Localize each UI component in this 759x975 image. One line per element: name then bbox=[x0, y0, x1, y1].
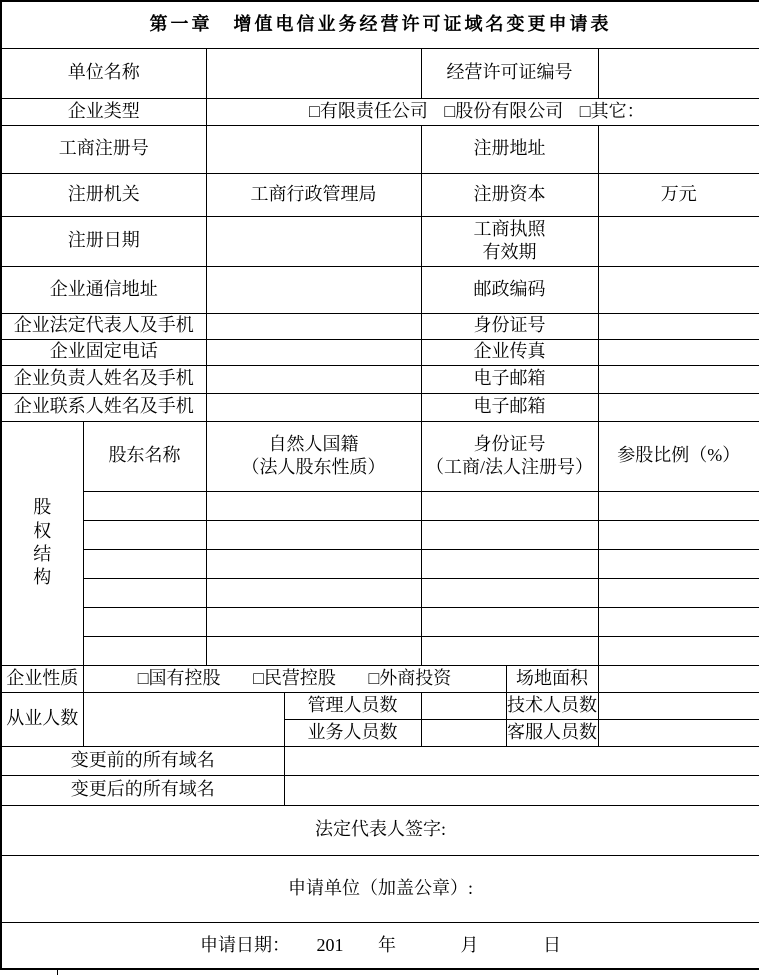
equity-row-5 bbox=[1, 607, 759, 636]
equity-row-5-name bbox=[83, 607, 206, 636]
equity-row-3-id bbox=[421, 549, 598, 578]
employee-count-value bbox=[83, 692, 284, 746]
reg-authority-value: 工商行政管理局 bbox=[206, 173, 421, 216]
application-form-table: 第一章 增值电信业务经营许可证域名变更申请表 单位名称 经营许可证编号 企业类型… bbox=[0, 0, 759, 970]
email-manager-value bbox=[598, 365, 759, 393]
id-no-label: 身份证号 bbox=[421, 313, 598, 339]
email-contact-label: 电子邮箱 bbox=[421, 393, 598, 421]
company-type-options: □有限责任公司 □股份有限公司 □其它： bbox=[206, 98, 759, 125]
tech-staff-value bbox=[598, 692, 759, 719]
company-type-label: 企业类型 bbox=[1, 98, 206, 125]
checkbox-joint-stock: □股份有限公司 bbox=[444, 101, 563, 121]
equity-row-3-ratio bbox=[598, 549, 759, 578]
shareholder-id-header: 身份证号 （工商/法人注册号） bbox=[421, 421, 598, 491]
equity-row-2-id bbox=[421, 520, 598, 549]
equity-row-3-name bbox=[83, 549, 206, 578]
domains-before-label: 变更前的所有域名 bbox=[1, 746, 284, 775]
legal-rep-value bbox=[206, 313, 421, 339]
domains-before-value bbox=[284, 746, 759, 775]
business-reg-row: 工商注册号 注册地址 bbox=[1, 125, 759, 173]
equity-row-6-ratio bbox=[598, 636, 759, 665]
email-manager-label: 电子邮箱 bbox=[421, 365, 598, 393]
legal-rep-signature-label: 法定代表人签字: bbox=[1, 805, 759, 855]
form-title: 第一章 增值电信业务经营许可证域名变更申请表 bbox=[1, 1, 759, 48]
equity-row-1 bbox=[1, 491, 759, 520]
reg-authority-row: 注册机关 工商行政管理局 注册资本 万元 bbox=[1, 173, 759, 216]
enterprise-nature-options: □国有控股 □民营控股 □外商投资 bbox=[83, 665, 506, 692]
legal-rep-row: 企业法定代表人及手机 身份证号 bbox=[1, 313, 759, 339]
fixed-phone-value bbox=[206, 339, 421, 365]
equity-row-6 bbox=[1, 636, 759, 665]
checkbox-other: □其它： bbox=[580, 101, 645, 121]
postal-code-value bbox=[598, 266, 759, 313]
reg-address-label: 注册地址 bbox=[421, 125, 598, 173]
equity-row-2 bbox=[1, 520, 759, 549]
reg-date-label: 注册日期 bbox=[1, 216, 206, 266]
biz-staff-label: 业务人员数 bbox=[284, 719, 421, 746]
unit-name-row: 单位名称 经营许可证编号 bbox=[1, 48, 759, 98]
fixed-phone-row: 企业固定电话 企业传真 bbox=[1, 339, 759, 365]
mgmt-staff-label: 管理人员数 bbox=[284, 692, 421, 719]
equity-row-4-nationality bbox=[206, 578, 421, 607]
reg-date-row: 注册日期 工商执照 有效期 bbox=[1, 216, 759, 266]
reg-capital-unit: 万元 bbox=[598, 173, 759, 216]
shareholder-nationality-header: 自然人国籍 （法人股东性质） bbox=[206, 421, 421, 491]
equity-row-2-nationality bbox=[206, 520, 421, 549]
year-label: 年 bbox=[378, 935, 396, 955]
license-validity-value bbox=[598, 216, 759, 266]
license-no-label: 经营许可证编号 bbox=[421, 48, 598, 98]
unit-name-label: 单位名称 bbox=[1, 48, 206, 98]
checkbox-foreign-invested: □外商投资 bbox=[368, 668, 451, 688]
reg-date-value bbox=[206, 216, 421, 266]
site-area-value bbox=[598, 665, 759, 692]
equity-row-3 bbox=[1, 549, 759, 578]
fax-label: 企业传真 bbox=[421, 339, 598, 365]
equity-row-1-nationality bbox=[206, 491, 421, 520]
equity-row-4-name bbox=[83, 578, 206, 607]
postal-code-label: 邮政编码 bbox=[421, 266, 598, 313]
reg-capital-label: 注册资本 bbox=[421, 173, 598, 216]
unit-name-value bbox=[206, 48, 421, 98]
equity-row-5-id bbox=[421, 607, 598, 636]
apply-date-line: 申请日期： 201 年 月 日 bbox=[1, 922, 759, 969]
next-row-partial-line bbox=[57, 969, 58, 975]
license-validity-label: 工商执照 有效期 bbox=[421, 216, 598, 266]
checkbox-limited-liability: □有限责任公司 bbox=[309, 101, 428, 121]
day-label: 日 bbox=[543, 935, 561, 955]
business-reg-no-label: 工商注册号 bbox=[1, 125, 206, 173]
staff-row-1: 从业人数 管理人员数 技术人员数 bbox=[1, 692, 759, 719]
equity-row-1-name bbox=[83, 491, 206, 520]
equity-row-2-ratio bbox=[598, 520, 759, 549]
equity-row-4-id bbox=[421, 578, 598, 607]
equity-row-1-ratio bbox=[598, 491, 759, 520]
equity-row-3-nationality bbox=[206, 549, 421, 578]
month-label: 月 bbox=[461, 935, 479, 955]
shareholder-name-header: 股东名称 bbox=[83, 421, 206, 491]
seal-row: 申请单位（加盖公章）: bbox=[1, 855, 759, 922]
enterprise-nature-label: 企业性质 bbox=[1, 665, 83, 692]
manager-value bbox=[206, 365, 421, 393]
equity-row-5-nationality bbox=[206, 607, 421, 636]
domains-after-row: 变更后的所有域名 bbox=[1, 775, 759, 805]
equity-structure-label: 股 权 结 构 bbox=[1, 421, 83, 665]
business-reg-no-value bbox=[206, 125, 421, 173]
equity-row-6-nationality bbox=[206, 636, 421, 665]
checkbox-state-owned: □国有控股 bbox=[138, 668, 221, 688]
equity-row-4-ratio bbox=[598, 578, 759, 607]
equity-row-6-name bbox=[83, 636, 206, 665]
license-no-value bbox=[598, 48, 759, 98]
mgmt-staff-value bbox=[421, 692, 506, 719]
manager-row: 企业负责人姓名及手机 电子邮箱 bbox=[1, 365, 759, 393]
equity-row-2-name bbox=[83, 520, 206, 549]
domains-before-row: 变更前的所有域名 bbox=[1, 746, 759, 775]
biz-staff-value bbox=[421, 719, 506, 746]
contact-row: 企业联系人姓名及手机 电子邮箱 bbox=[1, 393, 759, 421]
employee-count-label: 从业人数 bbox=[1, 692, 83, 746]
reg-address-value bbox=[598, 125, 759, 173]
email-contact-value bbox=[598, 393, 759, 421]
fixed-phone-label: 企业固定电话 bbox=[1, 339, 206, 365]
reg-authority-label: 注册机关 bbox=[1, 173, 206, 216]
share-ratio-header: 参股比例（%） bbox=[598, 421, 759, 491]
apply-date-label: 申请日期： bbox=[200, 935, 290, 955]
fax-value bbox=[598, 339, 759, 365]
title-row: 第一章 增值电信业务经营许可证域名变更申请表 bbox=[1, 1, 759, 48]
id-no-value bbox=[598, 313, 759, 339]
service-staff-value bbox=[598, 719, 759, 746]
site-area-label: 场地面积 bbox=[506, 665, 598, 692]
domains-after-label: 变更后的所有域名 bbox=[1, 775, 284, 805]
equity-header-row: 股 权 结 构 股东名称 自然人国籍 （法人股东性质） 身份证号 （工商/法人注… bbox=[1, 421, 759, 491]
equity-row-5-ratio bbox=[598, 607, 759, 636]
apply-date-row: 申请日期： 201 年 月 日 bbox=[1, 922, 759, 969]
apply-date-year-prefix: 201 bbox=[317, 935, 344, 955]
apply-unit-seal-label: 申请单位（加盖公章）: bbox=[1, 855, 759, 922]
enterprise-nature-row: 企业性质 □国有控股 □民营控股 □外商投资 场地面积 bbox=[1, 665, 759, 692]
checkbox-private: □民营控股 bbox=[253, 668, 336, 688]
application-form-page: 第一章 增值电信业务经营许可证域名变更申请表 单位名称 经营许可证编号 企业类型… bbox=[0, 0, 759, 975]
company-type-row: 企业类型 □有限责任公司 □股份有限公司 □其它： bbox=[1, 98, 759, 125]
tech-staff-label: 技术人员数 bbox=[506, 692, 598, 719]
equity-row-1-id bbox=[421, 491, 598, 520]
legal-rep-label: 企业法定代表人及手机 bbox=[1, 313, 206, 339]
contact-value bbox=[206, 393, 421, 421]
manager-label: 企业负责人姓名及手机 bbox=[1, 365, 206, 393]
domains-after-value bbox=[284, 775, 759, 805]
signature-row: 法定代表人签字: bbox=[1, 805, 759, 855]
comm-address-label: 企业通信地址 bbox=[1, 266, 206, 313]
comm-address-value bbox=[206, 266, 421, 313]
equity-row-6-id bbox=[421, 636, 598, 665]
equity-row-4 bbox=[1, 578, 759, 607]
contact-label: 企业联系人姓名及手机 bbox=[1, 393, 206, 421]
service-staff-label: 客服人员数 bbox=[506, 719, 598, 746]
comm-address-row: 企业通信地址 邮政编码 bbox=[1, 266, 759, 313]
